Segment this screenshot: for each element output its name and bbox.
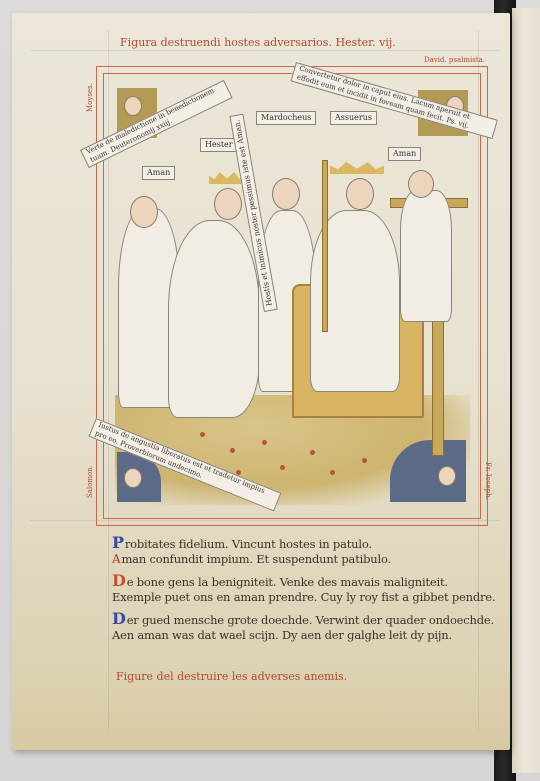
- ioseph-face: [438, 466, 456, 486]
- flower: [200, 432, 205, 437]
- initial-letter: A: [112, 628, 120, 642]
- flower: [330, 470, 335, 475]
- verse-line: Probitates fidelium. Vincunt hostes in p…: [112, 533, 472, 552]
- flower: [262, 440, 267, 445]
- verse-line: Aen aman was dat wael scijn. Dy aen der …: [112, 628, 472, 647]
- salomon-face: [124, 468, 142, 488]
- flower: [280, 465, 285, 470]
- verse-line: Exemple puet ons en aman prendre. Cuy ly…: [112, 590, 472, 609]
- footer-rubric: Figure del destruire les adverses anemis…: [116, 670, 347, 683]
- verse-line: De bone gens la benigniteit. Venke des m…: [112, 571, 472, 590]
- verse-text: robitates fidelium. Vincunt hostes in pa…: [125, 537, 372, 551]
- verse-text-block: Probitates fidelium. Vincunt hostes in p…: [112, 533, 472, 647]
- flower: [362, 458, 367, 463]
- assuerus-face: [346, 178, 374, 210]
- scroll-label-aman: Aman: [142, 166, 175, 180]
- ruling-line: [30, 50, 500, 51]
- scepter: [322, 160, 328, 332]
- hester-face: [214, 188, 242, 220]
- adjacent-page-edge: [512, 8, 540, 773]
- verse-text: en aman was dat wael scijn. Dy aen der g…: [120, 628, 452, 642]
- scroll-label-mardocheus: Mardocheus: [256, 111, 316, 125]
- label-david: David. psalmista.: [424, 56, 485, 64]
- figure-hester: [168, 220, 260, 418]
- initial-letter: A: [112, 552, 120, 566]
- label-moyses: Moyses.: [86, 83, 94, 112]
- scroll-label-aman-right: Aman: [388, 147, 421, 161]
- moyses-face: [124, 96, 142, 116]
- hanged-aman-face: [408, 170, 434, 198]
- verse-line: Der gued mensche grote doechde. Verwint …: [112, 609, 472, 628]
- verse-text: xemple puet ons en aman prendre. Cuy ly …: [120, 590, 495, 604]
- initial-letter: D: [112, 571, 126, 590]
- label-salomon: Salomon.: [86, 465, 94, 498]
- initial-letter: D: [112, 609, 126, 628]
- verse-text: e bone gens la benigniteit. Venke des ma…: [127, 575, 448, 589]
- flower: [310, 450, 315, 455]
- verse-line: Aman confundit impium. Et suspendunt pat…: [112, 552, 472, 571]
- flower: [230, 448, 235, 453]
- figure-aman-hanged: [400, 190, 452, 322]
- initial-letter: P: [112, 533, 124, 552]
- label-ioseph: Fr. Ioseph.: [484, 462, 492, 500]
- scroll-label-hester: Hester: [200, 138, 238, 152]
- scroll-label-assuerus: Assuerus: [330, 111, 377, 125]
- verse-text: er gued mensche grote doechde. Verwint d…: [127, 613, 494, 627]
- aman-face: [130, 196, 158, 228]
- initial-letter: E: [112, 590, 120, 604]
- header-rubric: Figura destruendi hostes adversarios. He…: [120, 36, 396, 49]
- verse-text: man confundit impium. Et suspendunt pati…: [121, 552, 390, 566]
- mardocheus-face: [272, 178, 300, 210]
